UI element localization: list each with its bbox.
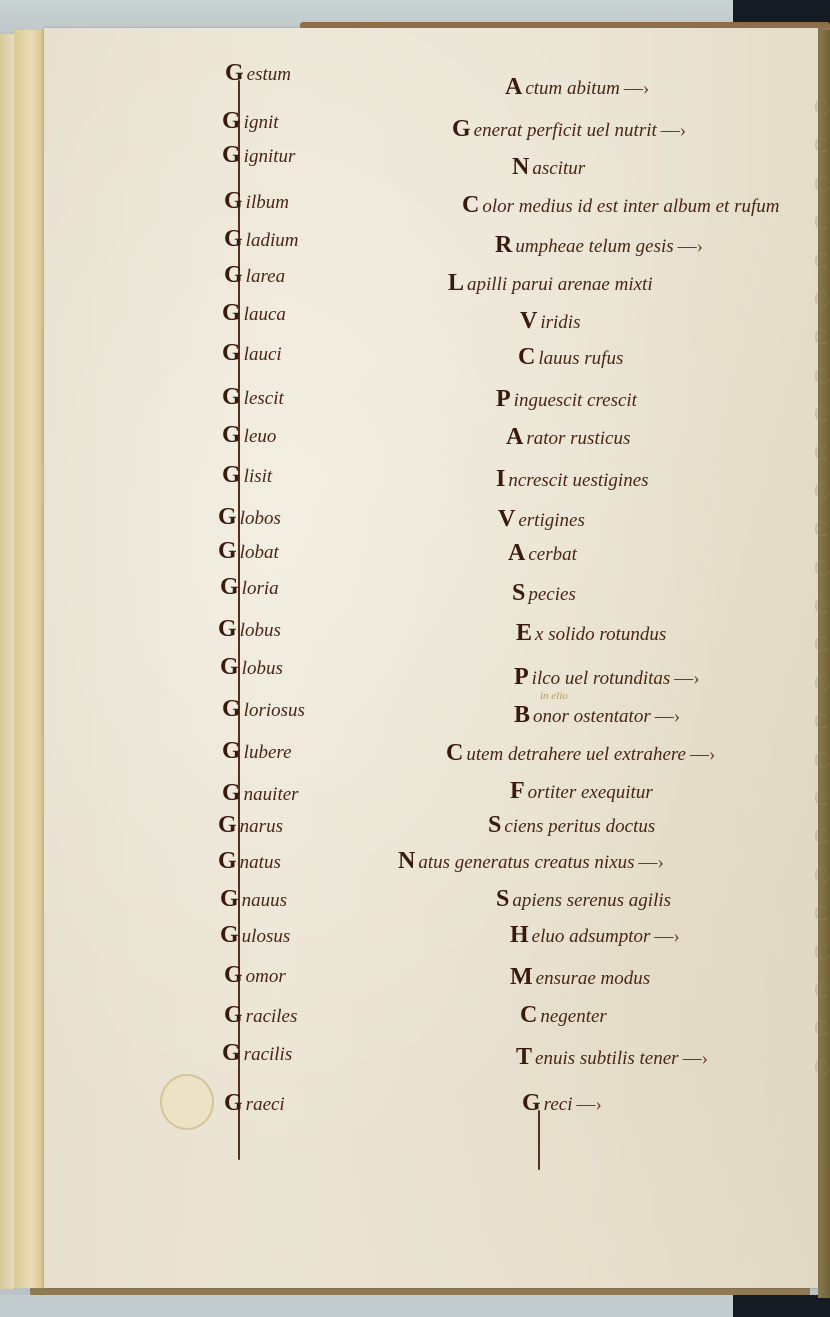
line-filler-flourish: —› (655, 706, 680, 727)
gloss-initial: N (512, 154, 529, 180)
lemma: Glescit (222, 384, 284, 411)
gloss-initial: H (510, 922, 529, 948)
gloss-text: rator rusticus (526, 428, 630, 449)
initial-letter: G (218, 616, 237, 642)
initial-letter: G (222, 1040, 241, 1066)
lemma: Gleuo (222, 422, 276, 449)
lemma-text: lobos (240, 508, 281, 529)
initial-letter: G (222, 738, 241, 764)
lemma: Gloriosus (222, 696, 305, 723)
initial-letter: G (222, 462, 241, 488)
gloss: Vertigines (498, 506, 585, 533)
show-through-text: CCCCCCCCCCCCCCCCCCCCCCCCCC (814, 88, 830, 1148)
gloss-text: apilli parui arenae mixti (467, 274, 653, 295)
lemma-text: ignit (244, 112, 279, 133)
lemma-text: ulosus (242, 926, 291, 947)
gloss-initial: R (495, 232, 512, 258)
initial-letter: G (224, 1090, 243, 1116)
initial-letter: G (222, 300, 241, 326)
initial-letter: G (220, 654, 239, 680)
gloss: Species (512, 580, 576, 607)
gloss: Natus generatus creatus nixus—› (398, 848, 664, 875)
gloss-initial: C (462, 192, 479, 218)
lemma-text: omor (246, 966, 286, 987)
lemma-text: larea (246, 266, 285, 287)
lemma-text: nauiter (244, 784, 299, 805)
gloss-initial: N (398, 848, 415, 874)
background-bottom (0, 1295, 733, 1317)
lemma: Glauca (222, 300, 286, 327)
lemma-text: estum (247, 64, 291, 85)
initial-letter: G (222, 384, 241, 410)
lemma: Gulosus (220, 922, 290, 949)
gloss-text: enerat perficit uel nutrit (474, 120, 657, 141)
gloss: Lapilli parui arenae mixti (448, 270, 653, 297)
water-stain (160, 1074, 214, 1130)
gloss-initial: T (516, 1044, 532, 1070)
line-filler-flourish: —› (624, 78, 649, 99)
line-filler-flourish: —› (690, 744, 715, 765)
gloss-text: ertigines (518, 510, 585, 531)
line-filler-flourish: —› (577, 1094, 602, 1115)
lemma-text: racilis (244, 1044, 293, 1065)
initial-letter: G (222, 422, 241, 448)
gloss-initial: I (496, 466, 505, 492)
lemma-text: lescit (244, 388, 284, 409)
initial-letter: G (225, 60, 244, 86)
lemma-text: leuo (244, 426, 277, 447)
lemma: Gignit (222, 108, 279, 135)
initial-letter: G (218, 848, 237, 874)
gloss: Bonor ostentator—› (514, 702, 680, 729)
initial-letter: G (224, 962, 243, 988)
lemma-text: nauus (242, 890, 287, 911)
gloss-initial: A (505, 74, 522, 100)
initial-letter: G (224, 1002, 243, 1028)
gloss-initial: A (506, 424, 523, 450)
lemma: Graciles (224, 1002, 297, 1029)
gloss: Actum abitum—› (505, 74, 649, 101)
gloss-text: ciens peritus doctus (504, 816, 655, 837)
lemma-text: lauci (244, 344, 282, 365)
gloss: Cutem detrahere uel extrahere—› (446, 740, 715, 767)
line-filler-flourish: —› (639, 852, 664, 873)
gloss-text: ncrescit uestigines (508, 470, 648, 491)
initial-letter: G (224, 226, 243, 252)
gloss-text: iridis (540, 312, 580, 333)
gloss-initial: C (520, 1002, 537, 1028)
gloss-text: ilco uel rotunditas (532, 668, 671, 689)
gloss: Cnegenter (520, 1002, 607, 1029)
lemma-text: loria (242, 578, 279, 599)
interlinear-gloss: in elio (540, 690, 568, 702)
lemma-text: ignitur (244, 146, 296, 167)
lemma-text: ilbum (246, 192, 289, 213)
gloss-initial: S (496, 886, 509, 912)
gloss-text: eluo adsumptor (532, 926, 651, 947)
initial-letter: G (224, 262, 243, 288)
initial-letter: G (218, 812, 237, 838)
lemma-text: loriosus (244, 700, 305, 721)
gloss-text: cerbat (528, 544, 577, 565)
gloss: Mensurae modus (510, 964, 650, 991)
lemma-text: raciles (246, 1006, 298, 1027)
gloss-initial: E (516, 620, 532, 646)
underlying-leaf (14, 30, 45, 1288)
initial-letter: G (222, 108, 241, 134)
initial-descender (538, 1110, 540, 1170)
lemma: Gestum (225, 60, 291, 87)
lemma: Gomor (224, 962, 286, 989)
gloss-text: atus generatus creatus nixus (418, 852, 634, 873)
lemma: Globos (218, 504, 281, 531)
gloss-text: reci (544, 1094, 573, 1115)
gloss: Increscit uestigines (496, 466, 649, 493)
gloss-initial: F (510, 778, 525, 804)
lemma: Glisit (222, 462, 272, 489)
gloss-initial: G (452, 116, 471, 142)
gloss-initial: P (514, 664, 529, 690)
gloss: Sapiens serenus agilis (496, 886, 671, 913)
initial-letter: G (220, 922, 239, 948)
lemma-text: lobus (240, 620, 281, 641)
gloss-text: ensurae modus (536, 968, 651, 989)
gloss-text: utem detrahere uel extrahere (466, 744, 686, 765)
initial-letter: G (220, 886, 239, 912)
gloss-text: enuis subtilis tener (535, 1048, 679, 1069)
lemma: Gnauus (220, 886, 287, 913)
gloss-text: lauus rufus (538, 348, 623, 369)
gloss-initial: B (514, 702, 530, 728)
initial-letter: G (220, 574, 239, 600)
gloss-initial: C (518, 344, 535, 370)
gloss: Heluo adsumptor—› (510, 922, 680, 949)
gloss-initial: V (520, 308, 537, 334)
lemma: Gignitur (222, 142, 295, 169)
initial-letter: G (222, 696, 241, 722)
gloss-text: x solido rotundus (535, 624, 666, 645)
gloss-text: umpheae telum gesis (515, 236, 673, 257)
gloss-text: negenter (540, 1006, 606, 1027)
lemma: Gracilis (222, 1040, 292, 1067)
gloss-initial: S (488, 812, 501, 838)
line-filler-flourish: —› (683, 1048, 708, 1069)
gloss-initial: S (512, 580, 525, 606)
gloss: Sciens peritus doctus (488, 812, 655, 839)
gloss: Generat perficit uel nutrit—› (452, 116, 686, 143)
lemma: Glarea (224, 262, 285, 289)
lemma-text: ladium (246, 230, 299, 251)
initial-letter: G (224, 188, 243, 214)
gloss: Tenuis subtilis tener—› (516, 1044, 708, 1071)
lemma-text: lobat (240, 542, 279, 563)
lemma-text: lubere (244, 742, 292, 763)
initial-letter: G (222, 340, 241, 366)
gloss: Greci—› (522, 1090, 602, 1117)
gloss: Ex solido rotundus (516, 620, 666, 647)
underlying-leaf (0, 34, 15, 1289)
lemma: Globus (220, 654, 283, 681)
lemma: Gnarus (218, 812, 283, 839)
lemma-text: lauca (244, 304, 286, 325)
lemma-text: lobus (242, 658, 283, 679)
gloss-text: olor medius id est inter album et rufum (482, 196, 779, 217)
gloss-initial: L (448, 270, 464, 296)
line-filler-flourish: —› (661, 120, 686, 141)
gloss: Pinguescit crescit (496, 386, 637, 413)
lemma: Globus (218, 616, 281, 643)
lemma-text: lisit (244, 466, 273, 487)
initial-letter: G (218, 538, 237, 564)
lemma: Gilbum (224, 188, 289, 215)
gloss-initial: P (496, 386, 511, 412)
lemma: Gnauiter (222, 780, 299, 807)
lemma-text: natus (240, 852, 281, 873)
lemma-text: raeci (246, 1094, 285, 1115)
gloss-text: pecies (528, 584, 575, 605)
gloss: Rumpheae telum gesis—› (495, 232, 703, 259)
initial-letter: G (222, 780, 241, 806)
gloss-initial: V (498, 506, 515, 532)
gloss-initial: G (522, 1090, 541, 1116)
gloss-text: ctum abitum (525, 78, 619, 99)
line-filler-flourish: —› (678, 236, 703, 257)
gloss: Pilco uel rotunditas—› (514, 664, 700, 691)
gloss-text: apiens serenus agilis (512, 890, 671, 911)
gloss-initial: M (510, 964, 533, 990)
initial-letter: G (222, 142, 241, 168)
gloss: Clauus rufus (518, 344, 623, 371)
gloss-text: inguescit crescit (514, 390, 637, 411)
gloss: Nascitur (512, 154, 585, 181)
lemma: Glauci (222, 340, 282, 367)
gloss: Acerbat (508, 540, 577, 567)
gloss-text: onor ostentator (533, 706, 651, 727)
gloss: Arator rusticus (506, 424, 630, 451)
initial-letter: G (218, 504, 237, 530)
lemma-text: narus (240, 816, 283, 837)
gloss-initial: C (446, 740, 463, 766)
gloss-text: ortiter exequitur (528, 782, 653, 803)
lemma: Gladium (224, 226, 298, 253)
line-filler-flourish: —› (654, 926, 679, 947)
background-dark-corner (733, 1295, 830, 1317)
gloss-text: ascitur (532, 158, 585, 179)
lemma: Globat (218, 538, 279, 565)
gloss: Viridis (520, 308, 580, 335)
line-filler-flourish: —› (674, 668, 699, 689)
gloss-initial: A (508, 540, 525, 566)
gloss: Color medius id est inter album et rufum (462, 192, 779, 219)
lemma: Gloria (220, 574, 279, 601)
lemma: Glubere (222, 738, 292, 765)
lemma: Graeci (224, 1090, 285, 1117)
gloss: Fortiter exequitur (510, 778, 653, 805)
lemma: Gnatus (218, 848, 281, 875)
